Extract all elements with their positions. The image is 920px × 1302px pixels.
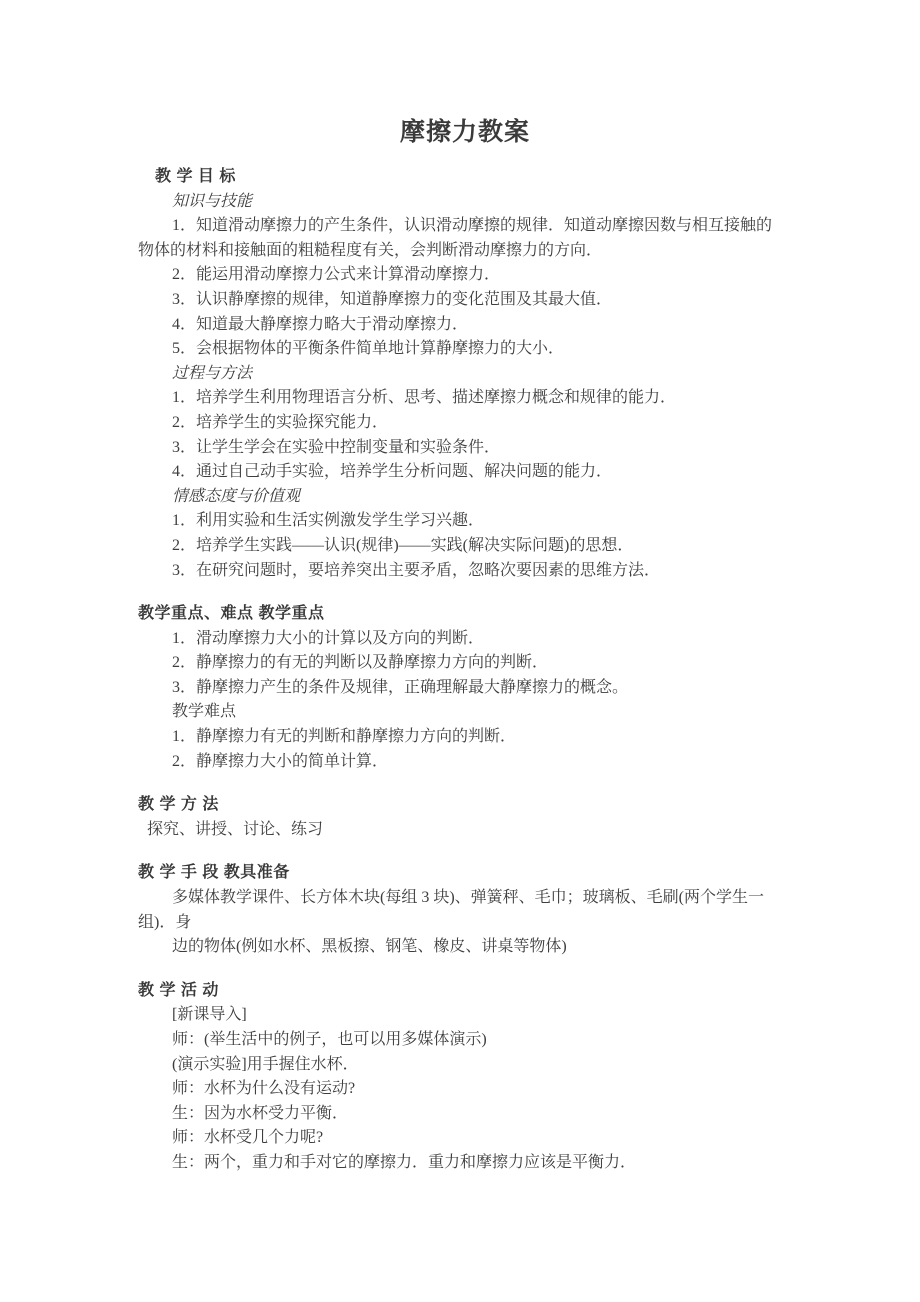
text-line: 教 学 手 段 教具准备: [138, 861, 792, 886]
text-line: 多媒体教学课件、长方体木块(每组 3 块)、弹簧秤、毛巾；玻璃板、毛刷(两个学生…: [138, 886, 792, 911]
text-line: 教 学 活 动: [138, 979, 792, 1004]
text-line: 3．认识静摩擦的规律，知道静摩擦力的变化范围及其最大值．: [138, 288, 792, 313]
text-line: 1．静摩擦力有无的判断和静摩擦力方向的判断．: [138, 725, 792, 750]
text-line: 边的物体(例如水杯、黑板擦、钢笔、橡皮、讲桌等物体): [138, 935, 792, 960]
text-line: 过程与方法: [138, 362, 792, 387]
text-line: 3．静摩擦力产生的条件及规律，正确理解最大静摩擦力的概念。: [138, 676, 792, 701]
text-line: [新课导入]: [138, 1003, 792, 1028]
text-line: 2．培养学生实践——认识(规律)——实践(解决实际问题)的思想．: [138, 534, 792, 559]
text-line: 师：(举生活中的例子，也可以用多媒体演示): [138, 1028, 792, 1053]
text-line: 知识与技能: [138, 190, 792, 215]
text-line: 教学重点、难点 教学重点: [138, 602, 792, 627]
text-line: 情感态度与价值观: [138, 485, 792, 510]
text-line: 3．让学生学会在实验中控制变量和实验条件．: [138, 436, 792, 461]
text-line: 2．能运用滑动摩擦力公式来计算滑动摩擦力．: [138, 263, 792, 288]
text-line: 探究、讲授、讨论、练习: [138, 818, 792, 843]
document-body: 教 学 目 标知识与技能1．知道滑动摩擦力的产生条件，认识滑动摩擦的规律．知道动…: [138, 165, 792, 1176]
text-line: 1．利用实验和生活实例激发学生学习兴趣．: [138, 509, 792, 534]
text-line: 2．静摩擦力的有无的判断以及静摩擦力方向的判断．: [138, 651, 792, 676]
document-title: 摩擦力教案: [138, 118, 792, 146]
text-line: 教学难点: [138, 700, 792, 725]
text-line: 师：水杯为什么没有运动?: [138, 1077, 792, 1102]
text-line: 教 学 目 标: [138, 165, 792, 190]
text-line: 物体的材料和接触面的粗糙程度有关，会判断滑动摩擦力的方向．: [138, 239, 792, 264]
text-line: 4．通过自己动手实验，培养学生分析问题、解决问题的能力．: [138, 460, 792, 485]
text-line: 生：两个，重力和手对它的摩擦力．重力和摩擦力应该是平衡力．: [138, 1151, 792, 1176]
document-page: 摩擦力教案 教 学 目 标知识与技能1．知道滑动摩擦力的产生条件，认识滑动摩擦的…: [0, 0, 920, 1302]
text-line: (演示实验]用手握住水杯．: [138, 1053, 792, 1078]
text-line: 教 学 方 法: [138, 793, 792, 818]
text-line: 3．在研究问题时，要培养突出主要矛盾，忽略次要因素的思维方法．: [138, 559, 792, 584]
text-line: 生：因为水杯受力平衡．: [138, 1102, 792, 1127]
text-line: 师：水杯受几个力呢?: [138, 1126, 792, 1151]
text-line: 1．知道滑动摩擦力的产生条件，认识滑动摩擦的规律．知道动摩擦因数与相互接触的: [138, 214, 792, 239]
document-content: 摩擦力教案 教 学 目 标知识与技能1．知道滑动摩擦力的产生条件，认识滑动摩擦的…: [0, 0, 920, 1176]
text-line: 组)．身: [138, 911, 792, 936]
text-line: 2．培养学生的实验探究能力．: [138, 411, 792, 436]
text-line: 2．静摩擦力大小的简单计算．: [138, 750, 792, 775]
text-line: 1．滑动摩擦力大小的计算以及方向的判断．: [138, 627, 792, 652]
text-line: 1．培养学生利用物理语言分析、思考、描述摩擦力概念和规律的能力．: [138, 386, 792, 411]
text-line: 5．会根据物体的平衡条件简单地计算静摩擦力的大小．: [138, 337, 792, 362]
text-line: 4．知道最大静摩擦力略大于滑动摩擦力．: [138, 313, 792, 338]
